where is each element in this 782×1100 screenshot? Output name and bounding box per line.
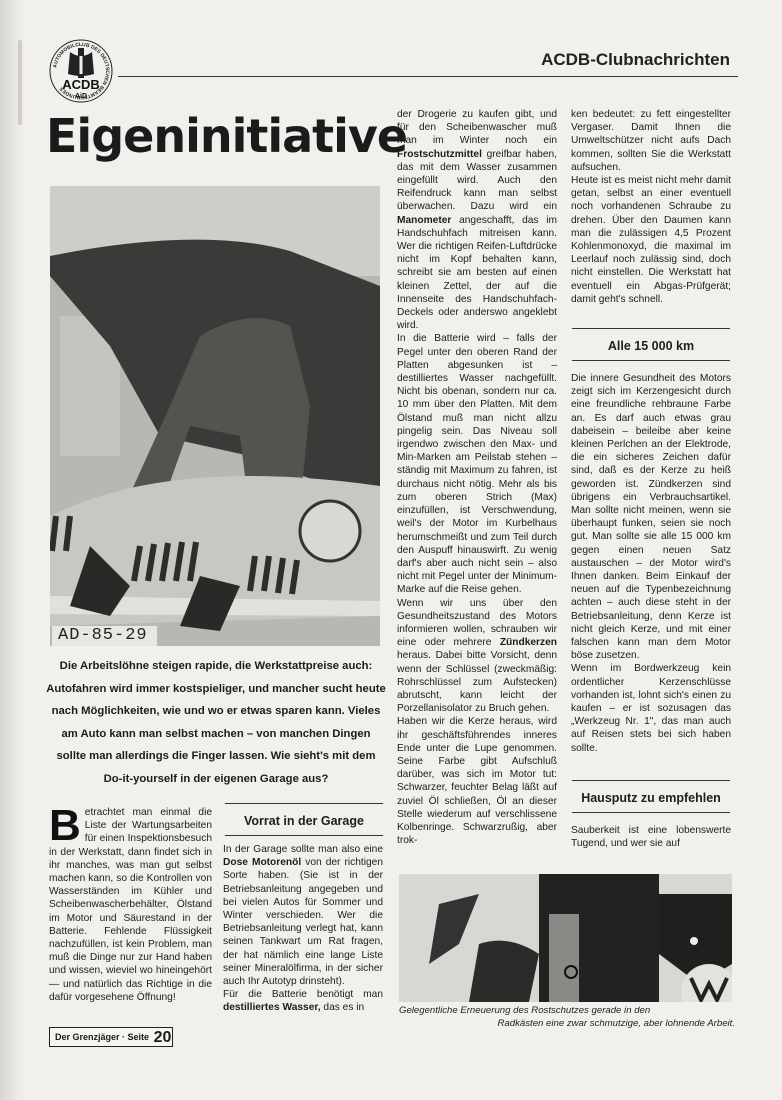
section-title: ACDB-Clubnachrichten xyxy=(541,50,730,70)
header-rule xyxy=(118,76,738,77)
column-right-top: ken bedeutet: zu fett eingestellter Verg… xyxy=(571,108,731,306)
page-footer: Der Grenzjäger · Seite 20 xyxy=(49,1027,173,1047)
paragraph: ken bedeutet: zu fett eingestellter Verg… xyxy=(571,108,731,174)
svg-text:AiD: AiD xyxy=(75,93,87,100)
paragraph: In der Garage sollte man also eine Dose … xyxy=(223,843,383,988)
photo-caption: Gelegentliche Erneuerung des Rostschutze… xyxy=(399,1005,735,1030)
magazine-page: AUTOMOBILCLUB DES DEUTSCHEN BEAMTENBUNDE… xyxy=(0,0,782,1100)
article-intro: B etrachtet man einmal die Liste der War… xyxy=(49,806,212,1004)
page-binding-mark xyxy=(18,40,22,125)
car-mechanic-photo xyxy=(50,186,380,646)
subheading-vorrat: Vorrat in der Garage xyxy=(225,803,383,836)
paragraph: Die innere Gesundheit des Motors zeigt s… xyxy=(571,372,731,662)
paragraph: Heute ist es meist nicht mehr damit geta… xyxy=(571,174,731,306)
wheel-arch-photo xyxy=(399,874,732,1002)
column-middle: der Drogerie zu kaufen gibt, und für den… xyxy=(397,108,557,847)
page-spine-shadow xyxy=(0,0,28,1100)
subheading-hausputz: Hausputz zu empfehlen xyxy=(572,780,730,813)
caption-line-2: Radkästen eine zwar schmutzige, aber loh… xyxy=(399,1018,735,1031)
article-headline: Eigeninitiative xyxy=(46,106,382,166)
paragraph: Sauberkeit ist eine lobenswerte Tugend, … xyxy=(571,824,731,850)
drop-cap: B xyxy=(49,808,81,844)
paragraph: Haben wir die Kerze heraus, wird ihr ges… xyxy=(397,715,557,847)
caption-line-1: Gelegentliche Erneuerung des Rostschutze… xyxy=(399,1005,650,1016)
paragraph: Wenn wir uns über den Gesundheitszustand… xyxy=(397,597,557,716)
column-vorrat: In der Garage sollte man also eine Dose … xyxy=(223,843,383,1015)
license-plate: AD-85-29 xyxy=(52,626,157,646)
page-number: 20 xyxy=(154,1029,172,1046)
bottom-photo-wheel-arch xyxy=(399,874,732,1002)
eagle-emblem-icon: AUTOMOBILCLUB DES DEUTSCHEN BEAMTENBUNDE… xyxy=(48,38,114,104)
publication-name: Der Grenzjäger · Seite xyxy=(55,1032,149,1042)
column-alle-15000: Die innere Gesundheit des Motors zeigt s… xyxy=(571,372,731,755)
paragraph: der Drogerie zu kaufen gibt, und für den… xyxy=(397,108,557,332)
column-hausputz: Sauberkeit ist eine lobenswerte Tugend, … xyxy=(571,824,731,850)
svg-text:ACDB: ACDB xyxy=(62,77,100,92)
acdb-logo: AUTOMOBILCLUB DES DEUTSCHEN BEAMTENBUNDE… xyxy=(48,38,114,104)
subheading-alle-15000-km: Alle 15 000 km xyxy=(572,328,730,361)
paragraph: Wenn im Bordwerkzeug kein ordentlicher K… xyxy=(571,662,731,754)
paragraph: In die Batterie wird – falls der Pegel u… xyxy=(397,332,557,596)
article-lead: Die Arbeitslöhne steigen rapide, die Wer… xyxy=(46,655,386,790)
paragraph: Für die Batterie benötigt man destillier… xyxy=(223,988,383,1014)
main-photo-car-engine: AD-85-29 xyxy=(50,186,380,646)
